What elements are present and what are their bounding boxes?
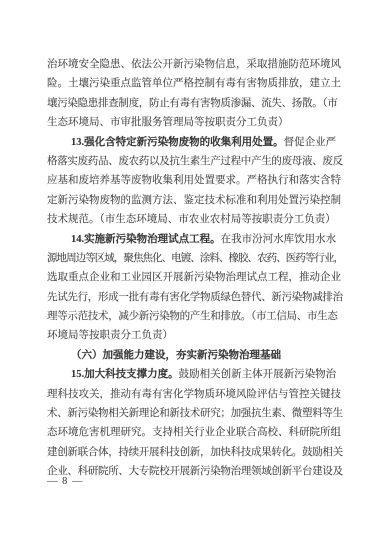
body-line: 督促企业严 — [284, 137, 337, 148]
body-line: 治环境安全隐患、依法公开新污染物信息，采取措施防范环境风 — [47, 55, 347, 74]
body-line: 理等示范技术，减少新污染物的产生和排放。（市工信局、市生态 — [47, 307, 347, 326]
document-page: 治环境安全隐患、依法公开新污染物信息，采取措施防范环境风 险。土壤污染重点监管单… — [0, 0, 390, 551]
body-line: 建创新联合体，持续开展科技创新，加快科技成果转化。鼓励相关 — [47, 443, 347, 462]
body-line: 术、新污染物相关新理论和新技术研究；加强抗生素、微塑料等生 — [47, 404, 347, 423]
body-line: 险。土壤污染重点监管单位严格控制有毒有害物质排放，建立土 — [47, 74, 347, 93]
body-line: 在我市汾河水库饮用水水 — [221, 234, 337, 245]
paragraph-13-lead-line: 13.强化含特定新污染物废物的收集利用处置。督促企业严 — [47, 133, 347, 152]
body-line: 定新污染物废物的监测方法、鉴定技术标准和利用处置污染控制 — [47, 191, 347, 210]
body-line: 壤污染隐患排查制度，防止有毒有害物质渗漏、流失、扬散。（市 — [47, 94, 347, 113]
body-line: 先试先行，形成一批有毒有害化学物质绿色替代、新污染物减排治 — [47, 288, 347, 307]
paragraph-14-title: 14.实施新污染物治理试点工程。 — [71, 234, 221, 245]
body-line: 源地周边等区域，聚焦焦化、电镀、涂料、橡胶、农药、医药等行业， — [47, 249, 347, 268]
body-line: 格落实废药品、废农药以及抗生素生产过程中产生的废母液、废反 — [47, 152, 347, 171]
paragraph-15-title: 15.加大科技支撑力度。 — [71, 369, 179, 380]
paragraph-14-lead-line: 14.实施新污染物治理试点工程。在我市汾河水库饮用水水 — [47, 230, 347, 249]
body-line: 选取重点企业和工业园区开展新污染物治理试点工程，推动企业 — [47, 268, 347, 287]
paragraph-15-lead-line: 15.加大科技支撑力度。鼓励相关创新主体开展新污染物治 — [47, 365, 347, 384]
body-line: 鼓励相关创新主体开展新污染物治 — [179, 369, 337, 380]
body-line: 理科技攻关，推动有毒有害化学物质环境风险评估与管控关键技 — [47, 385, 347, 404]
body-line: 环境局等按职责分工负责） — [47, 326, 347, 345]
text-body: 治环境安全隐患、依法公开新污染物信息，采取措施防范环境风 险。土壤污染重点监管单… — [47, 55, 347, 482]
body-line: 应基和废培养基等废物收集利用处置要求。严格执行和落实含特 — [47, 171, 347, 190]
body-line: 技术规范。（市生态环境局、市农业农村局等按职责分工负责） — [47, 210, 347, 229]
page-number: — 8 — — [47, 475, 84, 489]
paragraph-13-title: 13.强化含特定新污染物废物的收集利用处置。 — [71, 137, 284, 148]
section-heading: （六）加强能力建设，夯实新污染物治理基础 — [47, 346, 347, 365]
body-line: 企业、科研院所、大专院校开展新污染物治理领域创新平台建设及 — [47, 462, 347, 481]
body-line: 生态环境局、市审批服务管理局等按职责分工负责） — [47, 113, 347, 132]
body-line: 态环境危害机理研究。支持相关行业企业联合高校、科研院所组 — [47, 423, 347, 442]
